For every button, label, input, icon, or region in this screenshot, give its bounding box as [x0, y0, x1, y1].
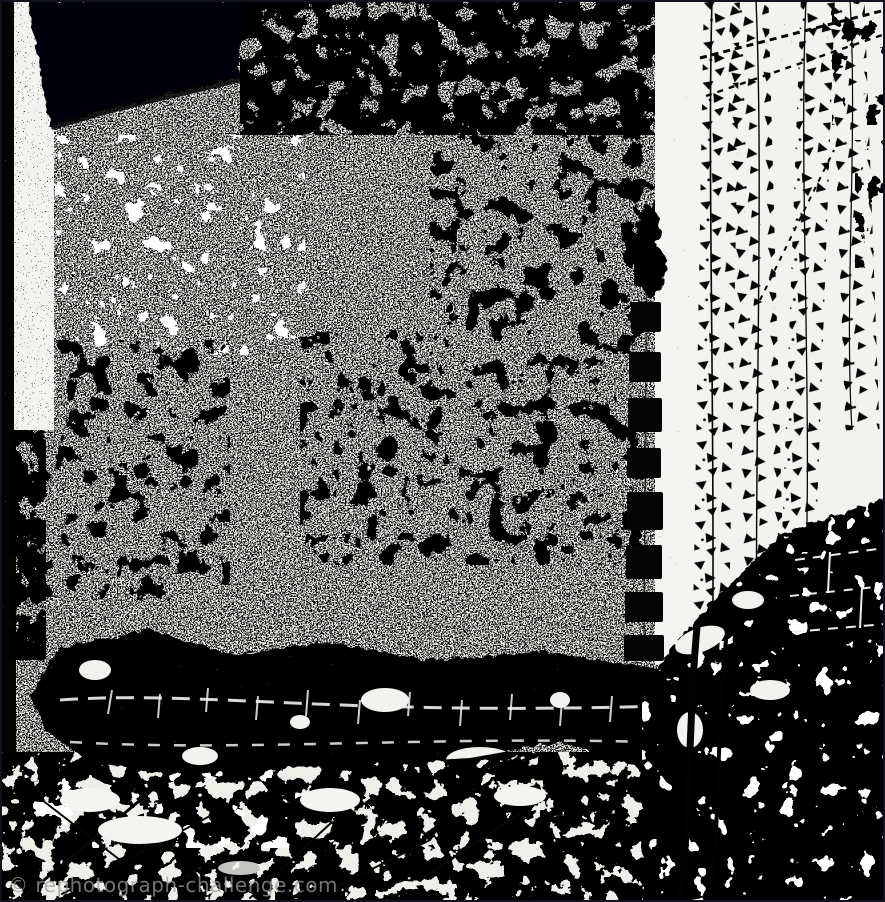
photo-canvas: © rephotograph-challenge.com [0, 0, 885, 902]
watermark-text: © rephotograph-challenge.com [8, 873, 338, 897]
screenshot-root: © rephotograph-challenge.com [0, 0, 885, 902]
